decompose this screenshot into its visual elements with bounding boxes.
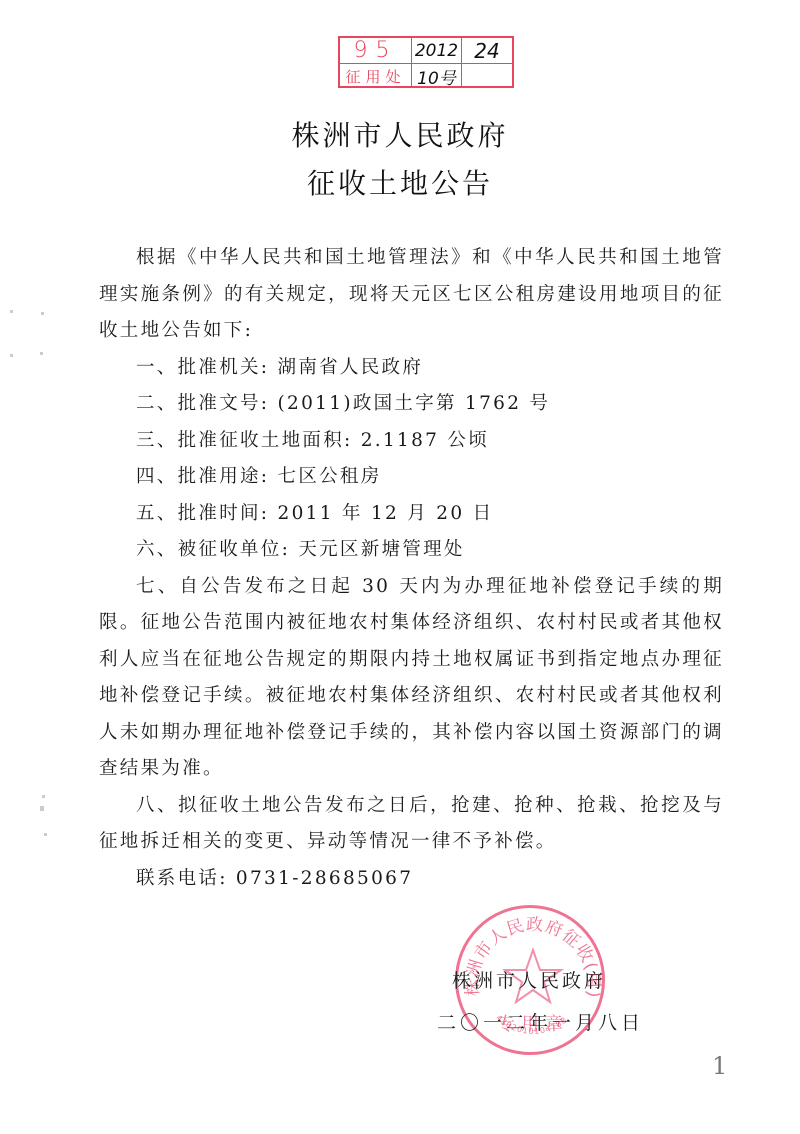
signature-organization: 株洲市人民政府 (452, 966, 606, 993)
stamp-department: 征用处 (345, 66, 405, 87)
document-title-issuer: 株洲市人民政府 (0, 114, 800, 154)
item-approval-date: 五、批准时间: 2011 年 12 月 20 日 (99, 496, 724, 533)
stamp-serial: 95 (354, 38, 398, 63)
clause-seven-paragraph: 七、自公告发布之日起 30 天内为办理征地补偿登记手续的期限。征地公告范围内被征… (99, 569, 724, 788)
page-number: 1 (712, 1052, 727, 1080)
scan-speck (42, 795, 45, 798)
stamp-serial-cell: 95 (340, 38, 412, 64)
item-expropriated-unit: 六、被征收单位: 天元区新塘管理处 (99, 532, 724, 569)
stamp-note-cell: 10号 (412, 64, 462, 88)
clause-eight-paragraph: 八、拟征收土地公告发布之日后，抢建、抢种、抢栽、抢挖及与征地拆迁相关的变更、异动… (99, 788, 724, 861)
stamp-empty-cell (462, 64, 512, 88)
stamp-year-cell: 2012 (412, 38, 462, 64)
stamp-number-cell: 24 (462, 38, 512, 64)
contact-phone: 联系电话: 0731-28685067 (99, 861, 724, 898)
stamp-year: 2012 (415, 41, 458, 61)
item-approved-area: 三、批准征收土地面积: 2.1187 公顷 (99, 423, 724, 460)
stamp-number: 24 (474, 39, 499, 63)
scan-speck (44, 833, 47, 836)
scan-speck (40, 352, 43, 355)
item-approved-use: 四、批准用途: 七区公租房 (99, 459, 724, 496)
scan-speck (40, 806, 44, 811)
document-title-subject: 征收土地公告 (0, 162, 800, 202)
scan-speck (10, 310, 13, 313)
scan-speck (10, 354, 13, 357)
scan-speck (41, 312, 44, 315)
item-approval-document-number: 二、批准文号: (2011)政国土字第 1762 号 (99, 386, 724, 423)
item-approval-authority: 一、批准机关: 湖南省人民政府 (99, 350, 724, 387)
receipt-stamp: 95 2012 24 征用处 10号 (338, 36, 514, 88)
stamp-handwritten-note: 10号 (417, 64, 456, 89)
document-body: 根据《中华人民共和国土地管理法》和《中华人民共和国土地管理实施条例》的有关规定，… (99, 240, 724, 897)
stamp-dept-cell: 征用处 (340, 64, 412, 88)
intro-paragraph: 根据《中华人民共和国土地管理法》和《中华人民共和国土地管理实施条例》的有关规定，… (99, 240, 724, 350)
signature-date: 二〇一二年一月八日 (437, 1008, 644, 1035)
